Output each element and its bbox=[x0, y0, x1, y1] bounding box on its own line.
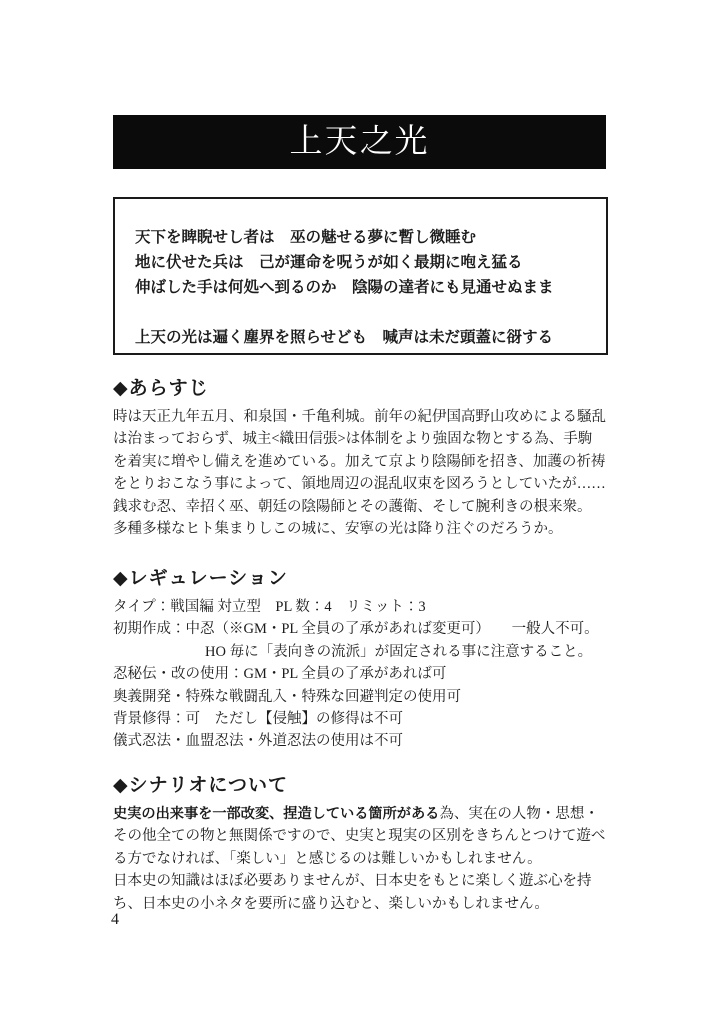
synopsis-line: をとりおこなう事によって、領地周辺の混乱収束を図ろうとしていたが…… bbox=[113, 473, 613, 495]
poem-line: 上天の光は遍く塵界を照らせども 喊声は未だ頭蓋に谺する bbox=[135, 325, 596, 350]
poem-line: 伸ばした手は何処へ到るのか 陰陽の達者にも見通せぬまま bbox=[135, 275, 596, 300]
section-scenario: ◆シナリオについて 史実の出来事を一部改変、捏造している箇所がある為、実在の人物… bbox=[113, 770, 613, 915]
regulation-line: 初期作成：中忍（※GM・PL 全員の了承があれば変更可） 一般人不可。 bbox=[113, 618, 613, 640]
scenario-lead-rest: 為、実在の人物・思想・ bbox=[439, 806, 599, 822]
synopsis-line: は治まっておらず、城主<織田信張>は体制をより強固な物とする為、手駒 bbox=[113, 428, 613, 450]
regulation-heading: ◆レギュレーション bbox=[113, 563, 613, 590]
scenario-line: る方でなければ、「楽しい」と感じるのは難しいかもしれません。 bbox=[113, 848, 613, 870]
title-banner: 上天之光 bbox=[113, 115, 606, 169]
section-synopsis: ◆あらすじ 時は天正九年五月、和泉国・千亀利城。前年の紀伊国高野山攻めによる騒乱… bbox=[113, 373, 613, 540]
regulation-line: 奥義開発・特殊な戦闘乱入・特殊な回避判定の使用可 bbox=[113, 686, 613, 708]
section-regulation: ◆レギュレーション タイプ：戦国編 対立型 PL 数：4 リミット：3 初期作成… bbox=[113, 563, 613, 753]
scenario-lead-line: 史実の出来事を一部改変、捏造している箇所がある為、実在の人物・思想・ bbox=[113, 803, 613, 825]
regulation-line: 背景修得：可 ただし【侵触】の修得は不可 bbox=[113, 708, 613, 730]
synopsis-line: 時は天正九年五月、和泉国・千亀利城。前年の紀伊国高野山攻めによる騒乱 bbox=[113, 406, 613, 428]
synopsis-line: 多種多様なヒト集まりしこの城に、安寧の光は降り注ぐのだろうか。 bbox=[113, 518, 613, 540]
page-number: 4 bbox=[111, 911, 119, 929]
poem-line: 地に伏せた兵は 己が運命を呪うが如く最期に咆え猛る bbox=[135, 250, 596, 275]
regulation-line: タイプ：戦国編 対立型 PL 数：4 リミット：3 bbox=[113, 596, 613, 618]
page-title: 上天之光 bbox=[290, 124, 430, 160]
scenario-bold-lead: 史実の出来事を一部改変、捏造している箇所がある bbox=[113, 806, 439, 822]
poem-line: 天下を睥睨せし者は 巫の魅せる夢に暫し微睡む bbox=[135, 225, 596, 250]
regulation-line: HO 毎に「表向きの流派」が固定される事に注意すること。 bbox=[113, 641, 613, 663]
synopsis-heading: ◆あらすじ bbox=[113, 373, 613, 400]
document-page: 上天之光 天下を睥睨せし者は 巫の魅せる夢に暫し微睡む 地に伏せた兵は 己が運命… bbox=[0, 0, 722, 1024]
scenario-line: その他全ての物と無関係ですので、史実と現実の区別をきちんとつけて遊べ bbox=[113, 825, 613, 847]
scenario-line: 日本史の知識はほぼ必要ありませんが、日本史をもとに楽しく遊ぶ心を持 bbox=[113, 870, 613, 892]
poem-box: 天下を睥睨せし者は 巫の魅せる夢に暫し微睡む 地に伏せた兵は 己が運命を呪うが如… bbox=[113, 197, 608, 355]
synopsis-line: を着実に増やし備えを進めている。加えて京より陰陽師を招き、加護の祈祷 bbox=[113, 451, 613, 473]
scenario-heading: ◆シナリオについて bbox=[113, 770, 613, 797]
synopsis-line: 銭求む忍、幸招く巫、朝廷の陰陽師とその護衛、そして腕利きの根来衆。 bbox=[113, 496, 613, 518]
scenario-line: ち、日本史の小ネタを要所に盛り込むと、楽しいかもしれません。 bbox=[113, 893, 613, 915]
regulation-line: 儀式忍法・血盟忍法・外道忍法の使用は不可 bbox=[113, 730, 613, 752]
regulation-line: 忍秘伝・改の使用：GM・PL 全員の了承があれば可 bbox=[113, 663, 613, 685]
